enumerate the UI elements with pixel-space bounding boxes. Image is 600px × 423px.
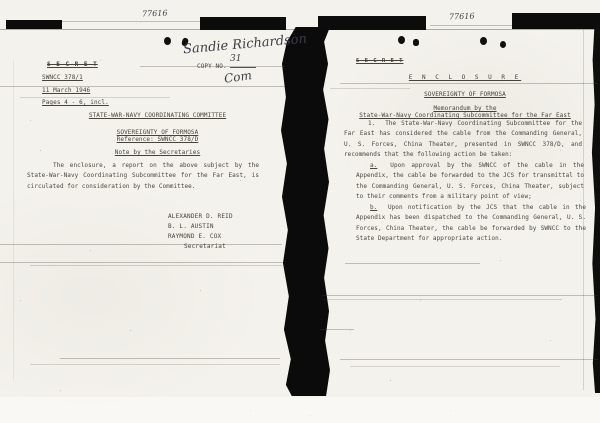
enclosure-heading: E N C L O S U R E: [340, 74, 590, 81]
classification-stamp: S E C R E T: [356, 58, 403, 65]
film-edge-bar: [200, 17, 286, 30]
reference-line: Reference: SWNCC 378/D: [35, 136, 280, 143]
scan-streak: [60, 358, 280, 359]
scan-streak: [320, 329, 354, 330]
scan-streak: [140, 66, 285, 67]
scan-streak: [340, 359, 598, 360]
scan-streak: [350, 366, 560, 367]
film-frame-number: 77616: [449, 12, 475, 22]
subject-title: SOVEREIGNTY OF FORMOSA: [340, 91, 590, 98]
scan-streak: [0, 244, 282, 245]
page-gutter-shadow: [281, 27, 330, 396]
scan-streak: [322, 295, 598, 296]
page-edge-line: [13, 60, 14, 380]
paragraph-1-text: The State-War-Navy Coordinating Subcommi…: [344, 120, 582, 158]
paragraph-b-text: Upon notification by the JCS that the ca…: [356, 204, 586, 242]
punch-hole-dot: [398, 36, 405, 44]
paragraph-a-text: Upon approval by the SWNCC of the cable …: [356, 162, 584, 200]
paragraph-b-marker: b.: [370, 204, 377, 211]
punch-hole-dot: [413, 39, 419, 46]
scanned-document: 77616 77616 S E C R E T SWNCC 378/1 11 M…: [0, 0, 600, 423]
note-heading: Note by the Secretaries: [35, 149, 280, 156]
punch-hole-dot: [480, 37, 487, 45]
handwritten-initials: Com: [223, 68, 252, 86]
scan-streak: [0, 262, 283, 263]
paragraph-a: a. Upon approval by the SWNCC of the cab…: [356, 161, 584, 203]
film-frame-line: [430, 25, 515, 26]
signatory-name: B. L. AUSTIN: [168, 223, 214, 230]
paragraph-a-marker: a.: [370, 162, 377, 169]
paragraph-b: b. Upon notification by the JCS that the…: [356, 203, 586, 245]
classification-stamp: S E C R E T: [47, 61, 98, 68]
handwritten-copy-number: 31: [230, 54, 241, 64]
subject-title: SOVEREIGNTY OF FORMOSA: [35, 129, 280, 136]
paragraph-1-marker: 1.: [368, 120, 375, 127]
memorandum-subcommittee-line: State-War-Navy Coordinating Subcommittee…: [340, 112, 590, 119]
body-paragraph: The enclosure, a report on the above sub…: [27, 161, 259, 192]
memorandum-line: Memorandum by the: [340, 105, 590, 112]
scan-streak: [345, 263, 480, 264]
scan-streak: [330, 88, 410, 89]
scan-noise: [0, 0, 1, 1]
scan-streak: [340, 83, 598, 84]
paragraph-1: 1. The State-War-Navy Coordinating Subco…: [344, 119, 582, 161]
film-edge-bar: [6, 20, 62, 29]
film-bottom-margin: [0, 397, 600, 423]
film-edge-bar: [512, 13, 600, 29]
signatory-name: ALEXANDER D. REID: [168, 213, 233, 220]
doc-date: 11 March 1946: [42, 87, 90, 94]
doc-number: SWNCC 378/1: [42, 74, 83, 81]
scan-streak: [20, 97, 170, 98]
scan-streak: [30, 265, 282, 266]
film-edge-bar: [318, 16, 426, 30]
committee-title: STATE-WAR-NAVY COORDINATING COMMITTEE: [35, 112, 280, 119]
pages-note: Pages 4 - 6, incl.: [42, 99, 109, 106]
scan-streak: [30, 364, 280, 365]
film-edge-bar: [591, 23, 600, 393]
scan-streak: [322, 299, 562, 300]
film-frame-number: 77616: [142, 9, 168, 19]
film-frame-line: [60, 21, 210, 22]
signatory-name: RAYMOND E. COX: [168, 233, 221, 240]
punch-hole-dot: [500, 41, 506, 48]
scan-streak: [0, 86, 285, 87]
punch-hole-dot: [164, 37, 171, 45]
